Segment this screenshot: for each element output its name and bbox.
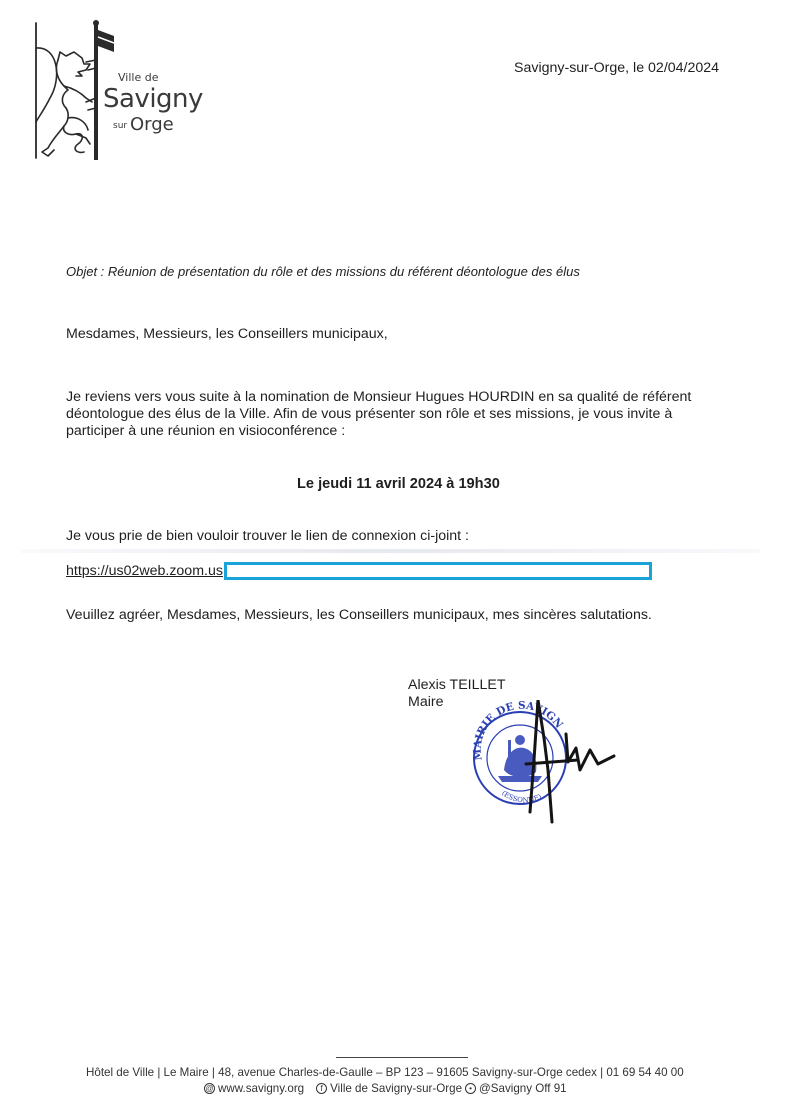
footer-links: @ www.savigny.org f Ville de Savigny-sur… [204, 1082, 567, 1095]
signer-title: Maire [408, 694, 443, 711]
footer-facebook[interactable]: Ville de Savigny-sur-Orge [330, 1082, 462, 1095]
signer-name: Alexis TEILLET [408, 677, 506, 694]
zoom-link[interactable]: https://us02web.zoom.us [66, 563, 223, 579]
letter-salutation: Mesdames, Messieurs, les Conseillers mun… [66, 326, 388, 343]
footer-divider [336, 1057, 468, 1058]
paragraph-line: déontologue des élus de la Ville. Afin d… [66, 406, 736, 423]
meeting-link: https://us02web.zoom.us [66, 562, 652, 580]
logo-text-ville-de: Ville de [118, 71, 158, 84]
stamp-and-signature: MAIRIE DE SAVIGN (ESSONNE) [468, 700, 618, 825]
facebook-icon: f [316, 1083, 327, 1094]
scan-artifact [20, 549, 760, 553]
footer-website[interactable]: www.savigny.org [218, 1082, 304, 1095]
web-icon: @ [204, 1083, 215, 1094]
meeting-datetime: Le jeudi 11 avril 2024 à 19h30 [297, 476, 500, 493]
letter-body-paragraph: Je reviens vers vous suite à la nominati… [66, 389, 736, 440]
footer-address: Hôtel de Ville | Le Maire | 48, avenue C… [86, 1064, 684, 1081]
logo-text-orge: Orge [130, 114, 174, 135]
place-and-date: Savigny-sur-Orge, le 02/04/2024 [514, 60, 719, 77]
letter-closing: Veuillez agréer, Mesdames, Messieurs, le… [66, 607, 652, 624]
paragraph-line: participer à une réunion en visioconfére… [66, 423, 736, 440]
footer-twitter[interactable]: @Savigny Off 91 [479, 1082, 567, 1095]
logo-text-savigny: Savigny [103, 84, 203, 114]
redacted-link-box [224, 562, 652, 580]
mairie-stamp-icon: MAIRIE DE SAVIGN (ESSONNE) [468, 700, 618, 825]
paragraph-line: Je reviens vers vous suite à la nominati… [66, 389, 736, 406]
logo-text-sur: sur [113, 121, 127, 131]
twitter-icon: • [465, 1083, 476, 1094]
link-intro-text: Je vous prie de bien vouloir trouver le … [66, 528, 469, 545]
letter-subject: Objet : Réunion de présentation du rôle … [66, 263, 580, 280]
